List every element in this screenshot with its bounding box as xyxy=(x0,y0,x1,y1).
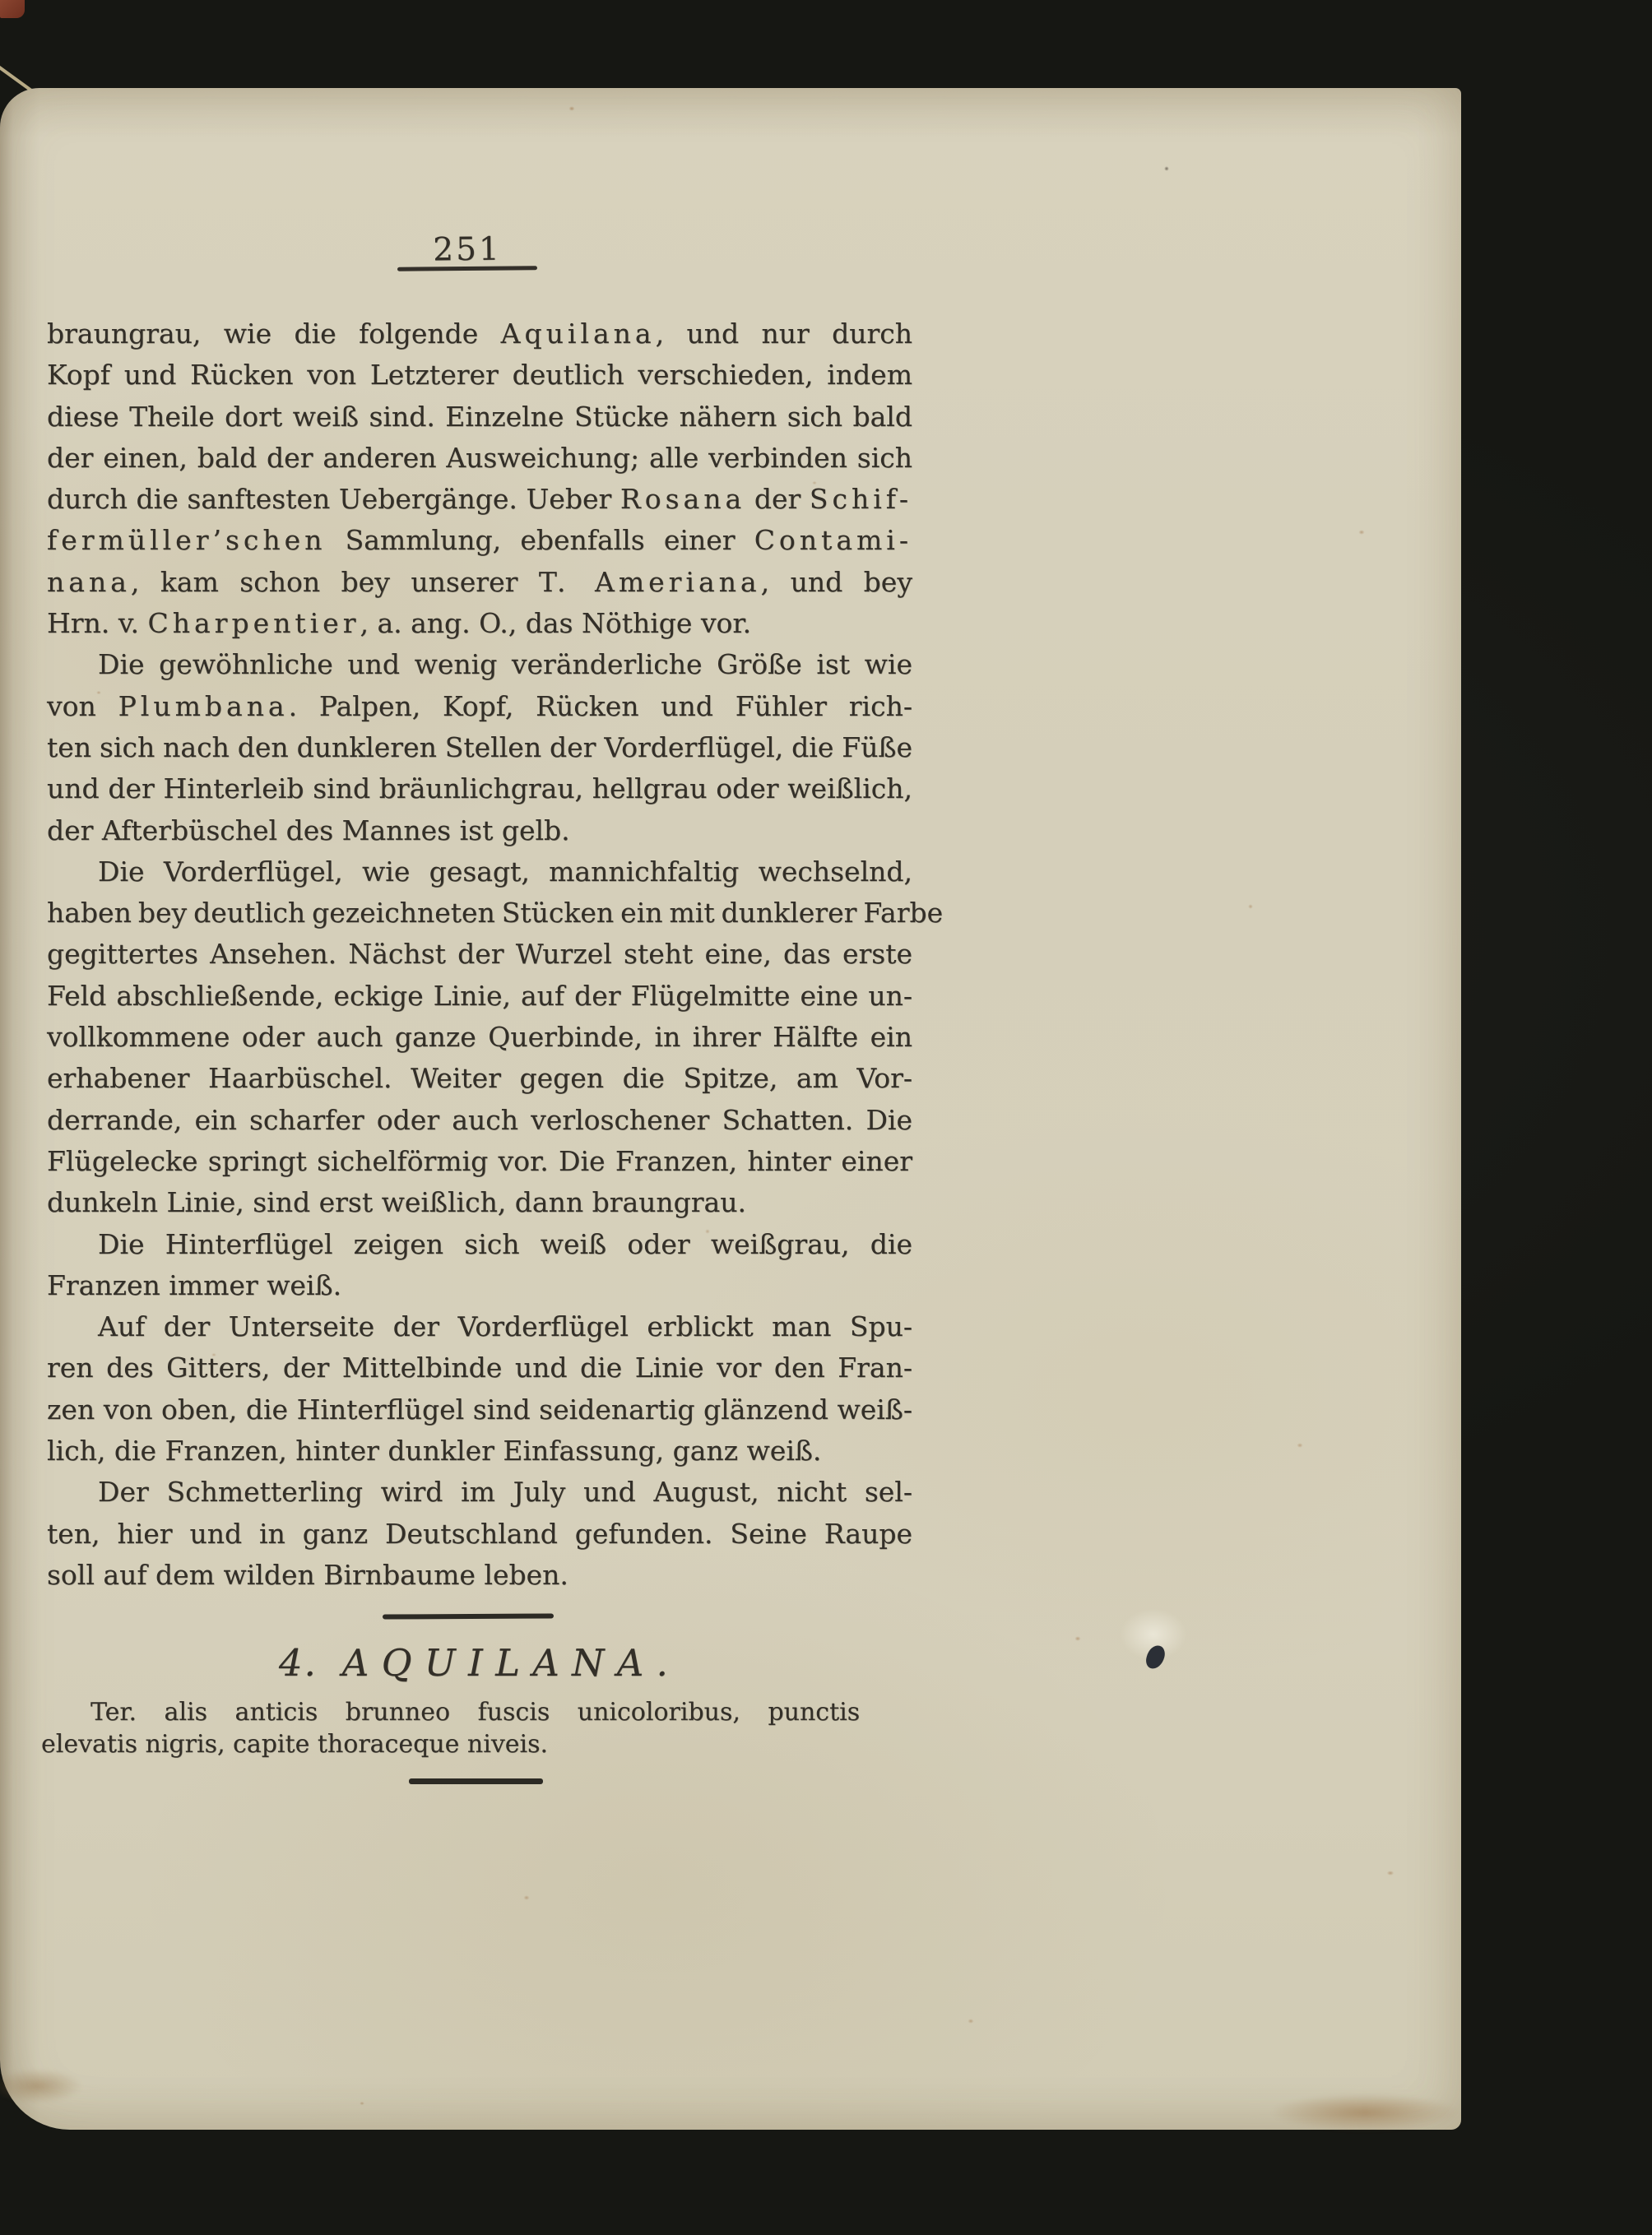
separator-rule-top xyxy=(383,1613,554,1619)
emphasized-name: Rosana xyxy=(620,483,745,515)
text-line: und der Hinterleib sind bräunlichgrau, h… xyxy=(47,768,912,809)
text-line: nana, kam schon bey unserer T. Ameriana,… xyxy=(47,562,912,603)
text-line: dunkeln Linie, sind erst weißlich, dann … xyxy=(47,1182,912,1223)
emphasized-name: fermüller’schen xyxy=(47,524,326,556)
text-line: soll auf dem wilden Birnbaume leben. xyxy=(47,1555,912,1596)
text-line: haben bey deutlich gezeichneten Stücken … xyxy=(47,893,912,934)
text-line: lich, die Franzen, hinter dunkler Einfas… xyxy=(47,1430,912,1472)
text-line: Die Vorderflügel, wie gesagt, mannichfal… xyxy=(47,851,912,893)
text-line: Feld abschließende, eckige Linie, auf de… xyxy=(47,976,912,1017)
text-line: Hrn. v. Charpentier, a. ang. O., das Nöt… xyxy=(47,603,912,644)
emphasized-name: Plumbana xyxy=(118,690,289,722)
text-line: zen von oben, die Hinterflügel sind seid… xyxy=(47,1389,912,1430)
section-heading: 4.AQUILANA. xyxy=(47,1641,912,1685)
latin-text-line: Ter. alis anticis brunneo fuscis unicolo… xyxy=(41,1697,910,1729)
emphasized-name: Contami- xyxy=(754,524,912,556)
text-line: der einen, bald der anderen Ausweichung;… xyxy=(47,438,912,479)
text-line: fermüller’schen Sammlung, ebenfalls eine… xyxy=(47,520,912,561)
latin-text-line: elevatis nigris, capite thoraceque nivei… xyxy=(41,1729,910,1761)
text-line: Der Schmetterling wird im July und Augus… xyxy=(47,1472,912,1513)
text-line: diese Theile dort weiß sind. Einzelne St… xyxy=(47,396,912,438)
binding-fragment xyxy=(0,0,25,18)
text-line: durch die sanftesten Uebergänge. Ueber R… xyxy=(47,479,912,520)
page-number: 251 xyxy=(433,231,502,269)
text-line: Die gewöhnliche und wenig veränderliche … xyxy=(47,644,912,685)
text-line: Die Hinterflügel zeigen sich weiß oder w… xyxy=(47,1224,912,1265)
text-line: von Plumbana. Palpen, Kopf, Rücken und F… xyxy=(47,686,912,727)
text-line: derrande, ein scharfer oder auch verlosc… xyxy=(47,1100,912,1141)
separator-rule-bottom xyxy=(409,1778,543,1784)
text-line: Franzen immer weiß. xyxy=(47,1265,912,1306)
text-line: ten, hier und in ganz Deutschland gefund… xyxy=(47,1514,912,1555)
text-line: ten sich nach den dunkleren Stellen der … xyxy=(47,727,912,768)
text-line: erhabener Haarbüschel. Weiter gegen die … xyxy=(47,1058,912,1099)
bottom-right-smudge xyxy=(1271,2094,1459,2131)
emphasized-name: Schif- xyxy=(810,483,912,515)
emphasized-name: T. Ameriana xyxy=(539,566,761,598)
bottom-left-smudge xyxy=(0,2069,82,2103)
text-line: vollkommene oder auch ganze Querbinde, i… xyxy=(47,1017,912,1058)
text-line: der Afterbüschel des Mannes ist gelb. xyxy=(47,810,912,851)
section-number: 4. xyxy=(279,1641,318,1685)
emphasized-name: Charpentier xyxy=(148,607,360,639)
text-line: Flügelecke springt sichelförmig vor. Die… xyxy=(47,1141,912,1182)
text-line: gegittertes Ansehen. Nächst der Wurzel s… xyxy=(47,934,912,975)
text-line: Kopf und Rücken von Letzterer deutlich v… xyxy=(47,355,912,396)
text-line: Auf der Unterseite der Vorderflügel erbl… xyxy=(47,1306,912,1347)
body-text: braungrau, wie die folgende Aquilana, un… xyxy=(47,313,912,1596)
text-line: ren des Gitters, der Mittelbinde und die… xyxy=(47,1347,912,1389)
scanned-book-page-background: 251 braungrau, wie die folgende Aquilana… xyxy=(0,0,1652,2235)
emphasized-name: nana xyxy=(47,566,131,598)
emphasized-name: Aquilana xyxy=(501,318,656,350)
text-line: braungrau, wie die folgende Aquilana, un… xyxy=(47,313,912,355)
latin-diagnosis: Ter. alis anticis brunneo fuscis unicolo… xyxy=(41,1697,910,1760)
section-title: AQUILANA. xyxy=(342,1641,680,1685)
